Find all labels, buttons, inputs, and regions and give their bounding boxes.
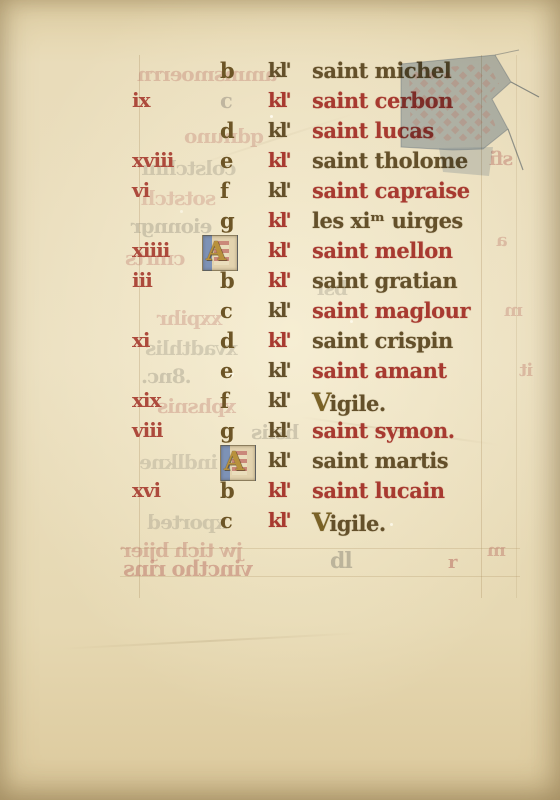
calendar-row: bkl'saint michel — [126, 58, 526, 88]
calendar-row: xvibkl'saint lucain — [126, 478, 526, 508]
dominical-letter: d — [216, 118, 268, 143]
golden-number: vi — [126, 178, 216, 202]
feast-name: saint lucain — [312, 478, 445, 503]
feast-name: les xiᵐ uirges — [312, 208, 463, 233]
vigile-fancy-initial: V — [312, 388, 329, 417]
kalends-abbreviation: kl' — [268, 328, 312, 352]
parchment-page: ammsmoerrnqdnunocolstchnrsotstcheionngrc… — [0, 0, 560, 800]
kalends-abbreviation: kl' — [268, 208, 312, 232]
dominical-letter: g — [216, 418, 268, 443]
parchment-crease — [60, 632, 360, 650]
decorated-initial-a: A — [220, 445, 256, 481]
feast-name: saint maglour — [312, 298, 470, 323]
dominical-letter: c — [216, 298, 268, 323]
kalends-abbreviation: kl' — [268, 388, 312, 412]
feast-name: saint mellon — [312, 238, 453, 263]
calendar-row: gkl'les xiᵐ uirges — [126, 208, 526, 238]
golden-number: xviii — [126, 148, 216, 172]
show-through-fragment: jw tich bjier — [122, 538, 243, 562]
dominical-letter: e — [216, 148, 268, 173]
calendar-row: Akl'saint martis — [126, 448, 526, 478]
feast-name: saint symon. — [312, 418, 455, 443]
feast-name: Vigile. — [312, 388, 386, 417]
dominical-letter-cell: A — [216, 448, 268, 479]
vigile-text: igile. — [329, 391, 385, 416]
dominical-letter: b — [216, 268, 268, 293]
calendar-text-block: bkl'saint michelixckl'saint cerbondkl'sa… — [126, 58, 526, 538]
kalends-abbreviation: kl' — [268, 178, 312, 202]
dominical-letter-cell: A — [198, 238, 268, 269]
feast-name: saint gratian — [312, 268, 457, 293]
show-through-fragment: dl — [330, 548, 352, 574]
kalends-abbreviation: kl' — [268, 148, 312, 172]
golden-number: ix — [126, 88, 216, 112]
dominical-letter: c — [216, 88, 268, 113]
ruling-line-horizontal — [120, 576, 520, 577]
kalends-abbreviation: kl' — [268, 448, 312, 472]
kalends-abbreviation: kl' — [268, 238, 312, 262]
kalends-abbreviation: kl' — [268, 508, 312, 532]
calendar-row: xviiiekl'saint tholome — [126, 148, 526, 178]
ruling-line-horizontal — [120, 548, 520, 549]
dominical-letter: g — [216, 208, 268, 233]
dominical-letter: d — [216, 328, 268, 353]
golden-number: viii — [126, 418, 216, 442]
feast-name: saint lucas — [312, 118, 434, 143]
calendar-row: xixfkl'Vigile. — [126, 388, 526, 418]
golden-number: xix — [126, 388, 216, 412]
dominical-letter: b — [216, 478, 268, 503]
dominical-letter: f — [216, 388, 268, 413]
dominical-letter: b — [216, 58, 268, 83]
feast-name: saint amant — [312, 358, 447, 383]
calendar-row: ckl'Vigile. — [126, 508, 526, 538]
golden-number: xi — [126, 328, 216, 352]
show-through-fragment: m — [488, 540, 506, 561]
kalends-abbreviation: kl' — [268, 358, 312, 382]
calendar-row: ekl'saint amant — [126, 358, 526, 388]
show-through-fragment: r — [448, 552, 456, 573]
calendar-row: dkl'saint lucas — [126, 118, 526, 148]
feast-name: saint martis — [312, 448, 448, 473]
feast-name: Vigile. — [312, 508, 386, 537]
feast-name: saint tholome — [312, 148, 468, 173]
dominical-letter: c — [216, 508, 268, 533]
feast-name: saint michel — [312, 58, 451, 83]
decorated-initial-a: A — [202, 235, 238, 271]
kalends-abbreviation: kl' — [268, 478, 312, 502]
calendar-row: xiiiiAkl'saint mellon — [126, 238, 526, 268]
feast-name: saint cerbon — [312, 88, 453, 113]
feast-name: saint capraise — [312, 178, 470, 203]
calendar-row: ckl'saint maglour — [126, 298, 526, 328]
dominical-letter: f — [216, 178, 268, 203]
vigile-text: igile. — [329, 511, 385, 536]
golden-number: iii — [126, 268, 216, 292]
calendar-row: xidkl'saint crispin — [126, 328, 526, 358]
kalends-abbreviation: kl' — [268, 298, 312, 322]
vigile-fancy-initial: V — [312, 508, 329, 537]
feast-name: saint crispin — [312, 328, 453, 353]
dominical-letter: e — [216, 358, 268, 383]
kalends-abbreviation: kl' — [268, 118, 312, 142]
calendar-row: iiibkl'saint gratian — [126, 268, 526, 298]
kalends-abbreviation: kl' — [268, 418, 312, 442]
show-through-fragment: vinctho rins — [124, 556, 253, 581]
golden-number: xvi — [126, 478, 216, 502]
kalends-abbreviation: kl' — [268, 58, 312, 82]
kalends-abbreviation: kl' — [268, 88, 312, 112]
calendar-row: viiigkl'saint symon. — [126, 418, 526, 448]
initial-letter: A — [224, 447, 243, 477]
initial-letter: A — [206, 237, 225, 267]
calendar-row: vifkl'saint capraise — [126, 178, 526, 208]
kalends-abbreviation: kl' — [268, 268, 312, 292]
calendar-row: ixckl'saint cerbon — [126, 88, 526, 118]
